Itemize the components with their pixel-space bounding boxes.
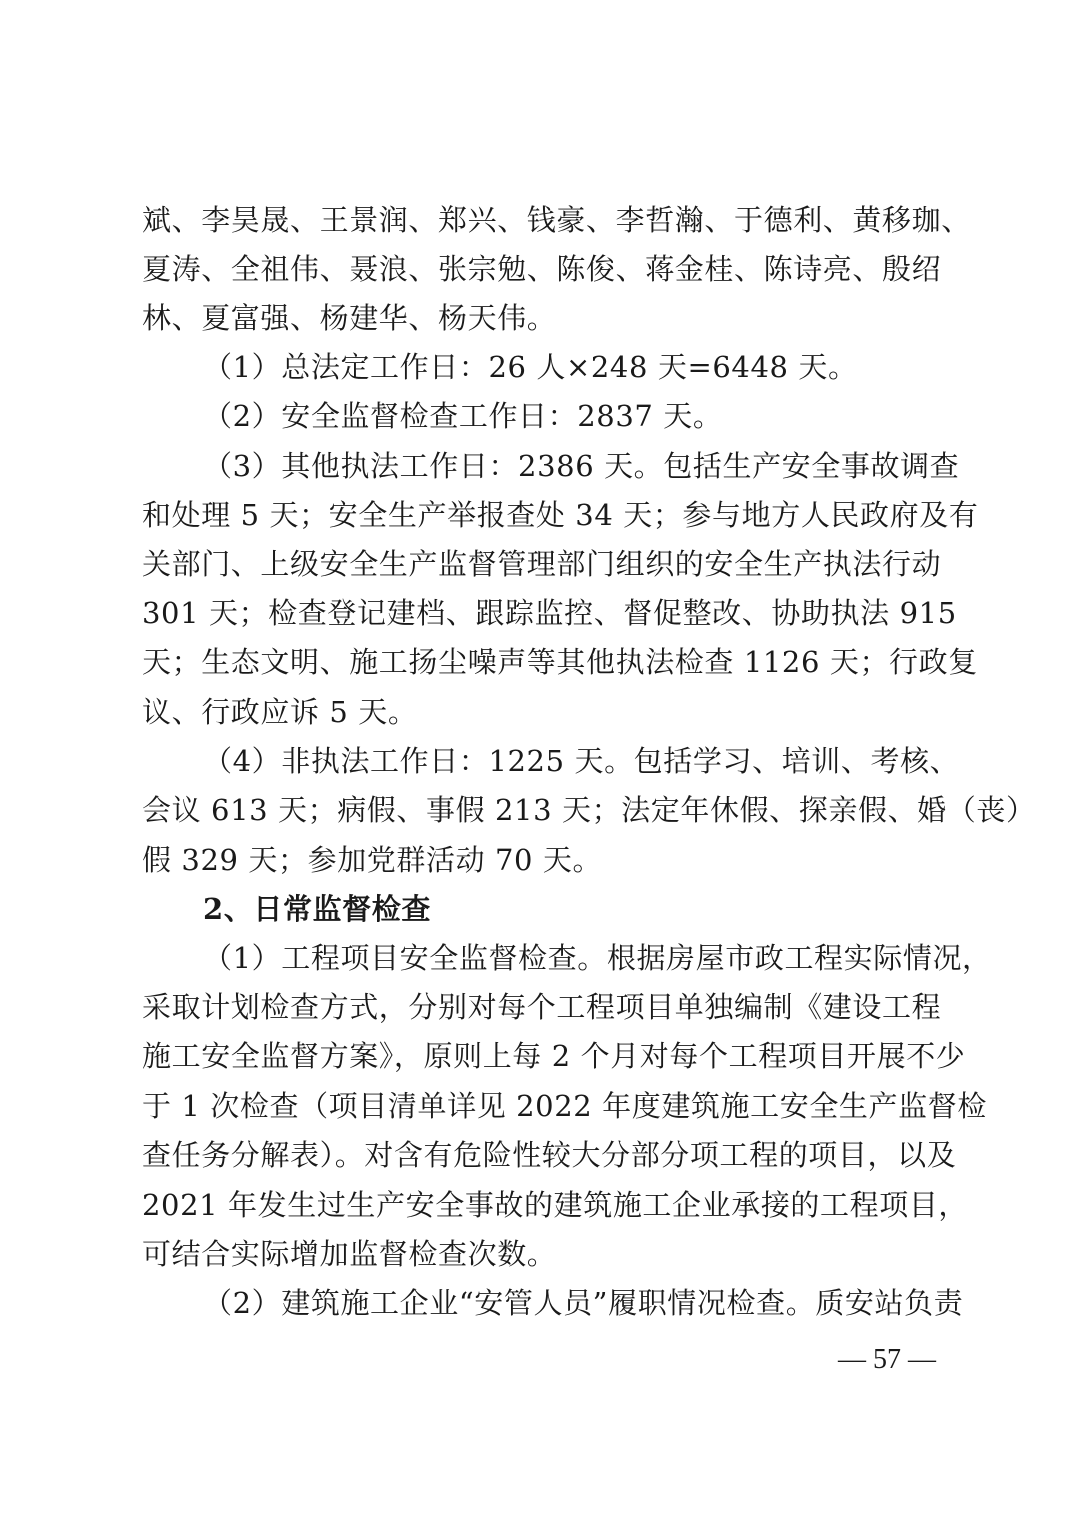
text-line: 施工安全监督方案》，原则上每 2 个月对每个工程项目开展不少 <box>142 1036 924 1076</box>
text-line: 301 天；检查登记建档、跟踪监控、督促整改、协助执法 915 <box>142 593 924 633</box>
text-line: 林、夏富强、杨建华、杨天伟。 <box>142 298 924 338</box>
text-line: 关部门、上级安全生产监督管理部门组织的安全生产执法行动 <box>142 544 924 584</box>
text-line: 可结合实际增加监督检查次数。 <box>142 1234 924 1274</box>
list-item-inspection-workdays: （2）安全监督检查工作日：2837 天。 <box>203 396 924 436</box>
text-line: 和处理 5 天；安全生产举报查处 34 天；参与地方人民政府及有 <box>142 495 924 535</box>
list-item-other-enforcement-workdays: （3）其他执法工作日：2386 天。包括生产安全事故调查 <box>203 446 924 486</box>
document-page: 斌、李昊晟、王景润、郑兴、钱豪、李哲瀚、于德利、黄移珈、 夏涛、全祖伟、聂浪、张… <box>0 0 1074 1520</box>
text-line: 2021 年发生过生产安全事故的建筑施工企业承接的工程项目， <box>142 1185 924 1225</box>
list-item-total-workdays: （1）总法定工作日：26 人×248 天=6448 天。 <box>203 347 924 387</box>
text-line: 假 329 天；参加党群活动 70 天。 <box>142 840 924 880</box>
list-item-project-safety-inspection: （1）工程项目安全监督检查。根据房屋市政工程实际情况， <box>203 938 924 978</box>
text-line: 查任务分解表）。对含有危险性较大分部分项工程的项目，以及 <box>142 1135 924 1175</box>
page-number: — 57 — <box>838 1340 936 1380</box>
text-line: 会议 613 天；病假、事假 213 天；法定年休假、探亲假、婚（丧） <box>142 790 924 830</box>
text-line: 夏涛、全祖伟、聂浪、张宗勉、陈俊、蒋金桂、陈诗亮、殷绍 <box>142 249 924 289</box>
section-heading-daily-inspection: 2、日常监督检查 <box>203 889 924 929</box>
list-item-safety-manager-check: （2）建筑施工企业“安管人员”履职情况检查。质安站负责 <box>203 1283 924 1323</box>
text-line: 于 1 次检查（项目清单详见 2022 年度建筑施工安全生产监督检 <box>142 1086 924 1126</box>
list-item-non-enforcement-workdays: （4）非执法工作日：1225 天。包括学习、培训、考核、 <box>203 741 924 781</box>
text-line: 采取计划检查方式，分别对每个工程项目单独编制《建设工程 <box>142 987 924 1027</box>
text-line: 斌、李昊晟、王景润、郑兴、钱豪、李哲瀚、于德利、黄移珈、 <box>142 200 924 240</box>
text-line: 天；生态文明、施工扬尘噪声等其他执法检查 1126 天；行政复 <box>142 642 924 682</box>
text-line: 议、行政应诉 5 天。 <box>142 692 924 732</box>
